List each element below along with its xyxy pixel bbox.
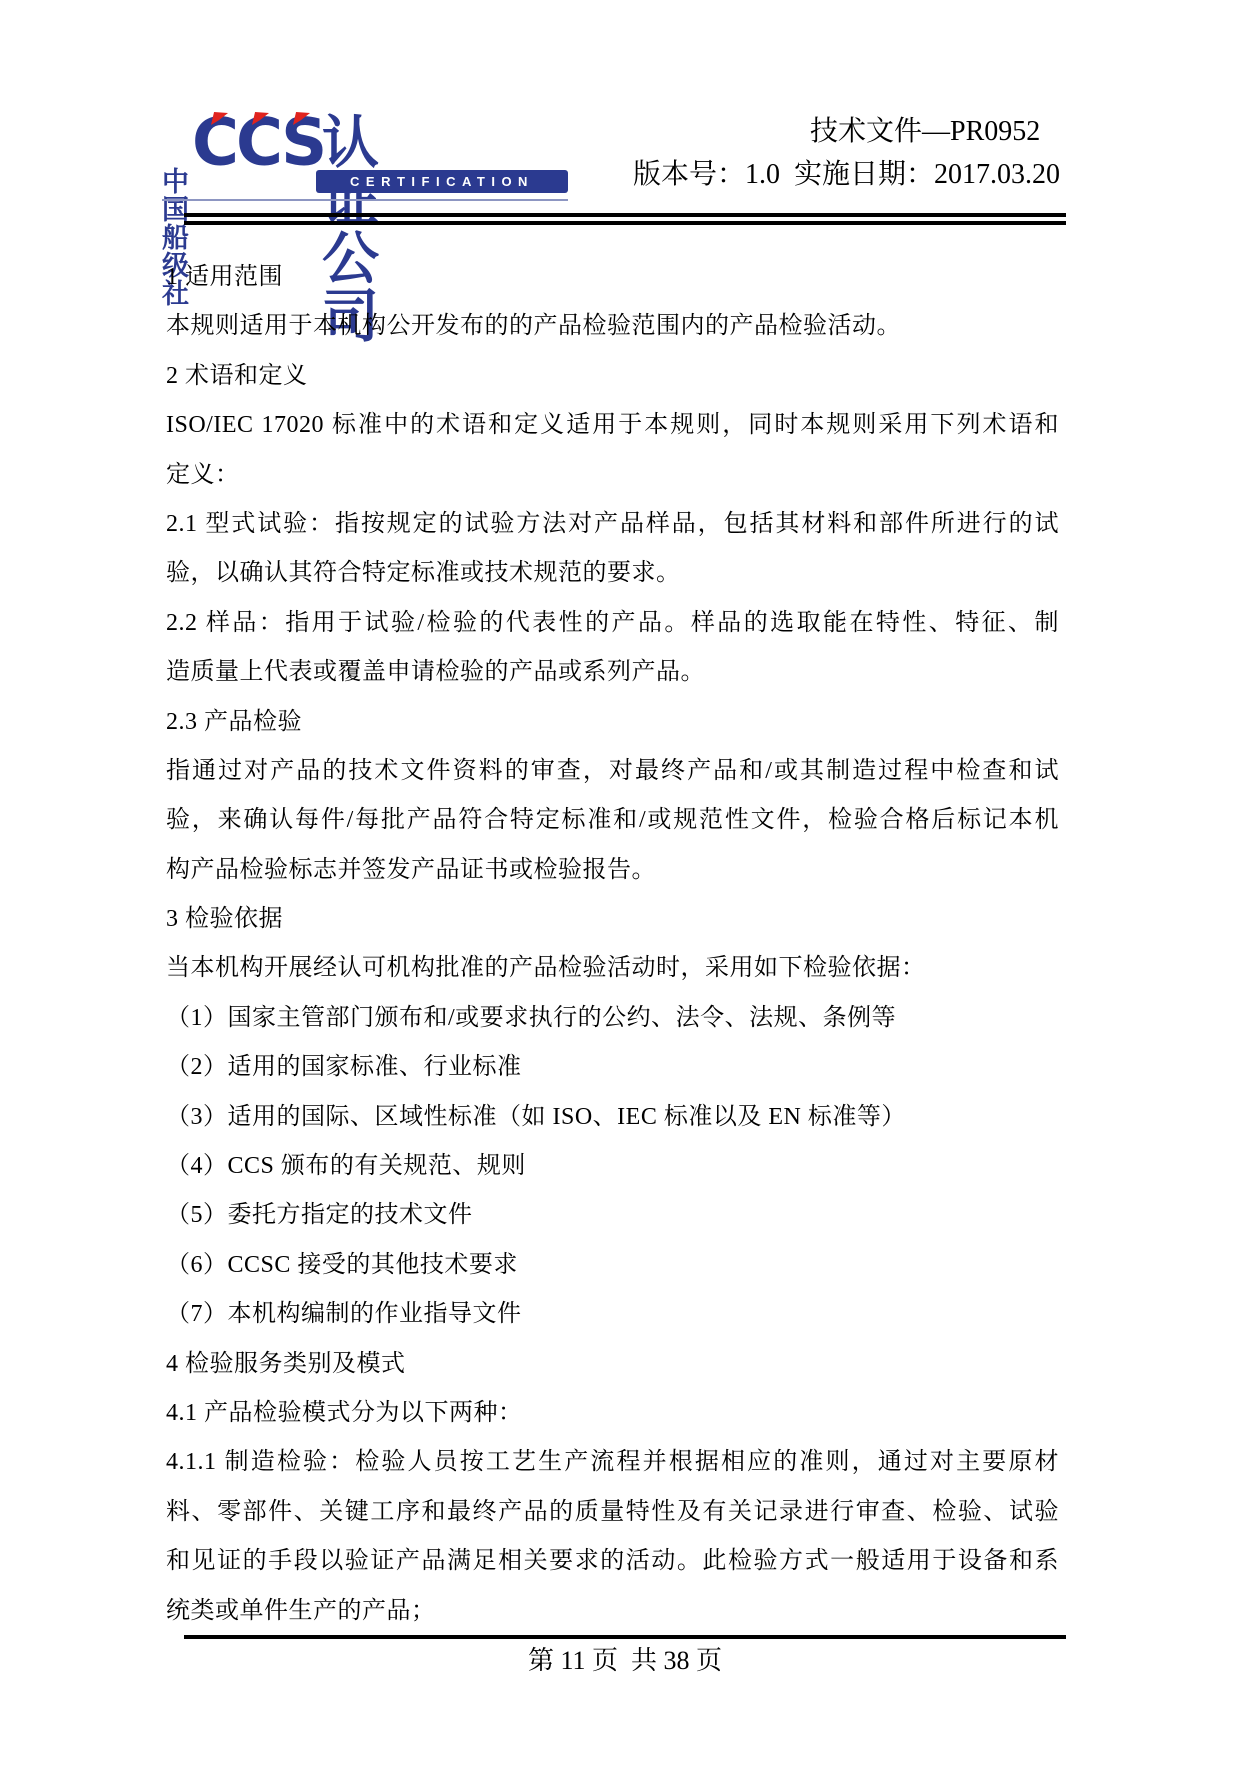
body-line: 定义： [166, 451, 1059, 500]
header-rule-top [184, 213, 1066, 217]
footer-rule [184, 1635, 1066, 1639]
body-line: （3）适用的国际、区域性标准（如 ISO、IEC 标准以及 EN 标准等） [166, 1093, 1059, 1142]
body-line: 统类或单件生产的产品； [166, 1587, 1059, 1636]
body-line: （1）国家主管部门颁布和/或要求执行的公约、法令、法规、条例等 [166, 994, 1059, 1043]
body-line: 4 检验服务类别及模式 [166, 1340, 1059, 1389]
logo-underline [162, 199, 568, 201]
body-line: 2.1 型式试验：指按规定的试验方法对产品样品，包括其材料和部件所进行的试 [166, 500, 1059, 549]
body-line: 指通过对产品的技术文件资料的审查，对最终产品和/或其制造过程中检查和试 [166, 747, 1059, 796]
body-line: （5）委托方指定的技术文件 [166, 1191, 1059, 1240]
body-line: 造质量上代表或覆盖申请检验的产品或系列产品。 [166, 648, 1059, 697]
body-line: 构产品检验标志并签发产品证书或检验报告。 [166, 846, 1059, 895]
body-line: 当本机构开展经认可机构批准的产品检验活动时，采用如下检验依据： [166, 944, 1059, 993]
body-line: 和见证的手段以验证产品满足相关要求的活动。此检验方式一般适用于设备和系 [166, 1537, 1059, 1586]
body-line: （7）本机构编制的作业指导文件 [166, 1290, 1059, 1339]
body-line: （4）CCS 颁布的有关规范、规则 [166, 1142, 1059, 1191]
body-line: （2）适用的国家标准、行业标准 [166, 1043, 1059, 1092]
page-number: 第 11 页 共 38 页 [184, 1641, 1066, 1681]
body-line: 1 适用范围 [166, 253, 1059, 302]
body-line: ISO/IEC 17020 标准中的术语和定义适用于本规则，同时本规则采用下列术… [166, 401, 1059, 450]
body-line: 本规则适用于本机构公开发布的的产品检验范围内的产品检验活动。 [166, 302, 1059, 351]
body-line: 2 术语和定义 [166, 352, 1059, 401]
logo-certification-bar: CERTIFICATION [316, 170, 568, 193]
document-body: 1 适用范围 本规则适用于本机构公开发布的的产品检验范围内的产品检验活动。 2 … [166, 253, 1059, 1636]
body-line: 4.1.1 制造检验：检验人员按工艺生产流程并根据相应的准则，通过对主要原材 [166, 1438, 1059, 1487]
version-date-line: 版本号：1.0 实施日期：2017.03.20 [633, 159, 1060, 191]
body-line: 料、零部件、关键工序和最终产品的质量特性及有关记录进行审查、检验、试验 [166, 1488, 1059, 1537]
body-line: 2.2 样品：指用于试验/检验的代表性的产品。样品的选取能在特性、特征、制 [166, 599, 1059, 648]
body-line: 2.3 产品检验 [166, 698, 1059, 747]
doc-type-label: 技术文件—PR0952 [810, 116, 1040, 148]
body-line: 4.1 产品检验模式分为以下两种： [166, 1389, 1059, 1438]
header-rule-bottom [184, 221, 1066, 225]
body-line: 3 检验依据 [166, 895, 1059, 944]
body-line: （6）CCSC 接受的其他技术要求 [166, 1241, 1059, 1290]
document-page: CCS 认证公司 中国船级社 CERTIFICATION 技术文件—PR0952… [0, 0, 1241, 1778]
body-line: 验，以确认其符合特定标准或技术规范的要求。 [166, 549, 1059, 598]
body-line: 验，来确认每件/每批产品符合特定标准和/或规范性文件，检验合格后标记本机 [166, 796, 1059, 845]
